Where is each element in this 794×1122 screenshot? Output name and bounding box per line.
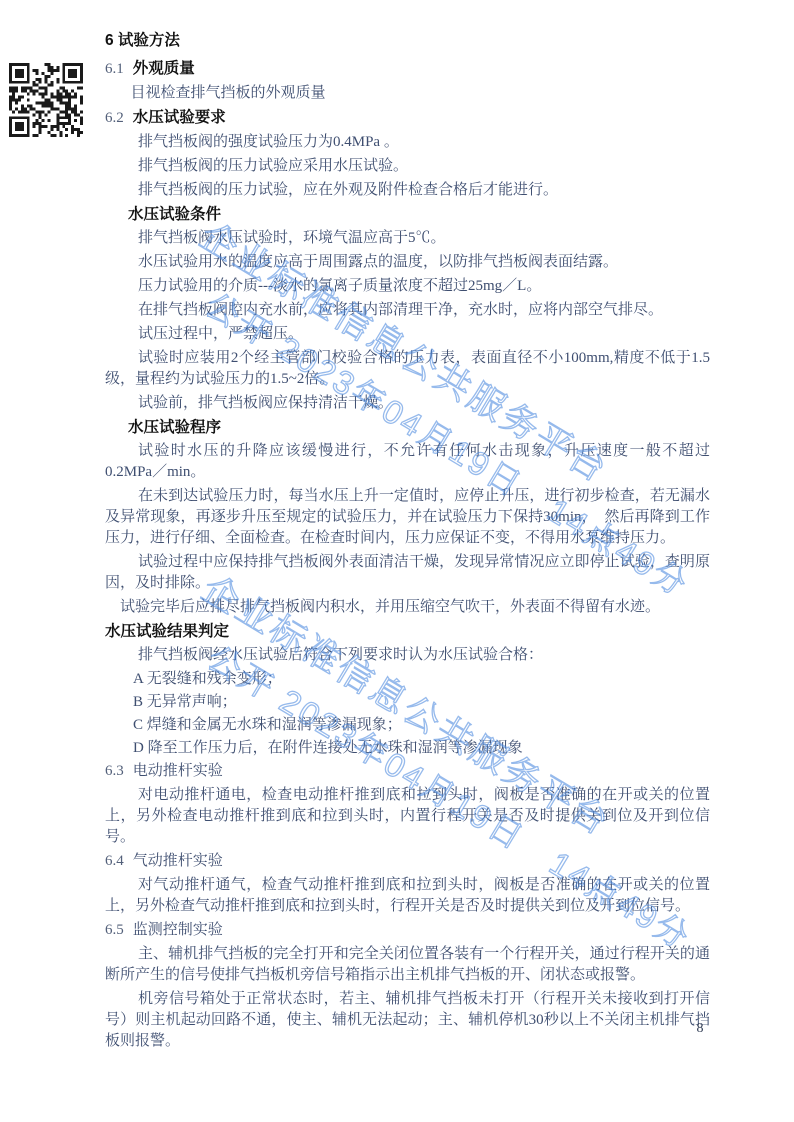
para-proc-2: 在未到达试验压力时，每当水压上升一定值时，应停止升压，进行初步检查，若无漏水及异…	[105, 486, 710, 549]
para-6-2-1: 排气挡板阀的强度试验压力为0.4MPa 。	[105, 132, 710, 153]
section-heading-6: 6 试验方法	[105, 30, 710, 51]
section-number: 6.2	[105, 110, 124, 126]
para-proc-1: 试验时水压的升降应该缓慢进行，不允许有任何水击现象，升压速度一般不超过0.2MP…	[105, 441, 710, 483]
section-number: 6.4	[105, 853, 124, 869]
subheading-hydro-test-procedure: 水压试验程序	[128, 417, 710, 438]
list-item-a: A 无裂缝和残余变形；	[133, 669, 710, 690]
para-cond-3: 压力试验用的介质---淡水的氯离子质量浓度不超过25mg／L。	[105, 276, 710, 297]
document-content: 6 试验方法 6.1外观质量 目视检查排气挡板的外观质量 6.2水压试验要求 排…	[105, 30, 710, 1055]
list-item-b: B 无异常声响；	[133, 692, 710, 713]
para-6-5-1: 主、辅机排气挡板的完全打开和完全关闭位置各装有一个行程开关，通过行程开关的通断所…	[105, 944, 710, 986]
section-title: 气动推杆实验	[133, 853, 223, 869]
section-title: 监测控制实验	[133, 922, 223, 938]
para-cond-6: 试验时应装用2个经主管部门校验合格的压力表，表面直径不小100mm,精度不低于1…	[105, 348, 710, 390]
para-result-intro: 排气挡板阀经水压试验后符合下列要求时认为水压试验合格：	[105, 645, 710, 666]
section-number: 6.3	[105, 763, 124, 779]
para-6-2-3: 排气挡板阀的压力试验，应在外观及附件检查合格后才能进行。	[105, 180, 710, 201]
section-title: 外观质量	[133, 60, 195, 77]
subheading-hydro-test-result: 水压试验结果判定	[105, 621, 710, 642]
section-heading-6-2: 6.2水压试验要求	[105, 107, 710, 129]
document-page: 企业标准信息公共服务平台 公开 2023年04月19日 14点49分 企业标准信…	[0, 0, 794, 1122]
section-title: 水压试验要求	[133, 109, 226, 126]
qr-code	[9, 63, 83, 137]
para-proc-4: 试验完毕后应排尽排气挡板阀内积水，并用压缩空气吹干，外表面不得留有水迹。	[105, 597, 710, 618]
para-6-2-2: 排气挡板阀的压力试验应采用水压试验。	[105, 156, 710, 177]
para-cond-1: 排气挡板阀水压试验时，环境气温应高于5℃。	[105, 228, 710, 249]
list-item-d: D 降至工作压力后，在附件连接处无水珠和湿润等渗漏现象	[133, 738, 710, 759]
section-heading-6-5: 6.5监测控制实验	[105, 920, 710, 941]
section-number: 6.1	[105, 61, 124, 77]
para-cond-4: 在排气挡板阀腔内充水前，应将其内部清理干净，充水时，应将内部空气排尽。	[105, 300, 710, 321]
para-cond-2: 水压试验用水的温度应高于周围露点的温度，以防排气挡板阀表面结露。	[105, 252, 710, 273]
para-6-1-1: 目视检查排气挡板的外观质量	[105, 83, 710, 104]
para-6-3-1: 对电动推杆通电，检查电动推杆推到底和拉到头时，阀板是否准确的在开或关的位置上，另…	[105, 785, 710, 848]
section-heading-6-4: 6.4气动推杆实验	[105, 851, 710, 872]
subheading-hydro-test-conditions: 水压试验条件	[128, 204, 710, 225]
para-cond-7: 试验前，排气挡板阀应保持清洁干燥。	[105, 393, 710, 414]
para-6-5-2: 机旁信号箱处于正常状态时，若主、辅机排气挡板未打开（行程开关未接收到打开信号）则…	[105, 989, 710, 1052]
list-item-c: C 焊缝和金属无水珠和湿润等渗漏现象；	[133, 715, 710, 736]
para-cond-5: 试压过程中，严禁超压。	[105, 324, 710, 345]
section-title: 电动推杆实验	[133, 763, 223, 779]
page-number: 8	[688, 1021, 712, 1037]
para-proc-3: 试验过程中应保持排气挡板阀外表面清洁干燥，发现异常情况应立即停止试验，查明原因，…	[105, 552, 710, 594]
section-number: 6.5	[105, 922, 124, 938]
section-heading-6-3: 6.3电动推杆实验	[105, 761, 710, 782]
para-6-4-1: 对气动推杆通气，检查气动推杆推到底和拉到头时，阀板是否准确的在开或关的位置上，另…	[105, 875, 710, 917]
section-heading-6-1: 6.1外观质量	[105, 58, 710, 80]
